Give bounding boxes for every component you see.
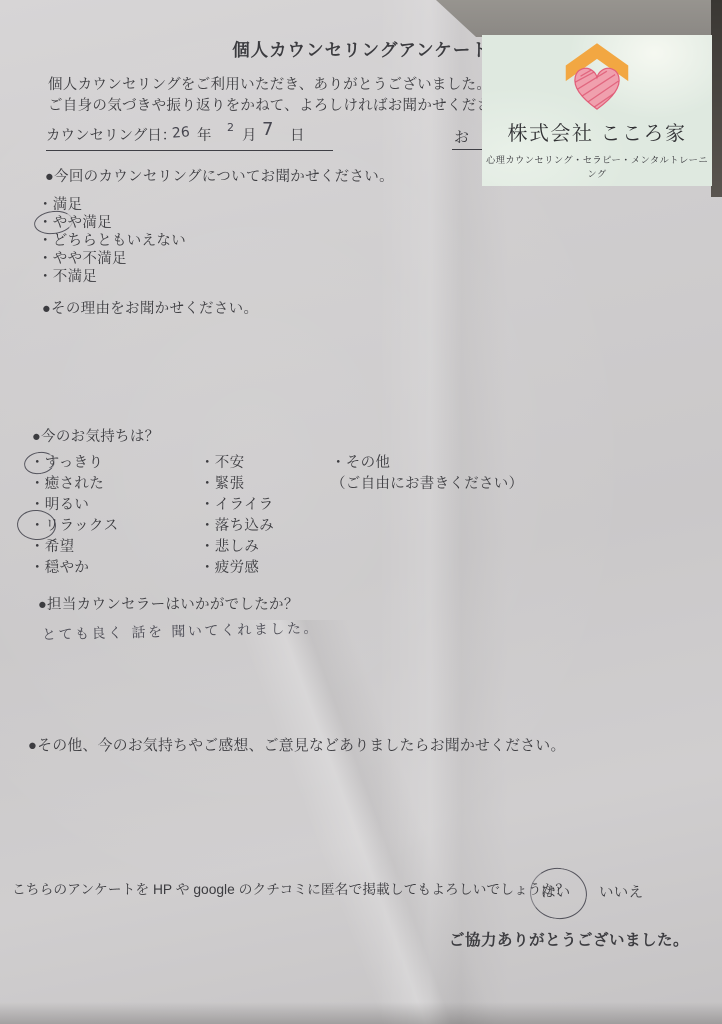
question-satisfaction-label: ●今回のカウンセリングについてお聞かせください。 xyxy=(45,168,394,186)
feeling-kanashimi: ・悲しみ xyxy=(200,538,259,556)
year-unit: 年 xyxy=(197,124,212,145)
feeling-sonota-note: （ご自由にお書きください） xyxy=(331,475,523,493)
date-label: カウンセリング日： xyxy=(46,124,176,145)
feeling-sonota: ・その他 xyxy=(331,454,390,472)
counseling-date-line: カウンセリング日： 26 年 2 月 7 日 xyxy=(46,120,333,151)
feeling-odayaka: ・穏やか xyxy=(30,559,89,577)
feeling-iyasareta: ・癒された xyxy=(30,475,104,493)
desk-edge xyxy=(711,0,722,197)
house-heart-icon xyxy=(482,40,712,119)
name-field-partial: お xyxy=(452,126,483,150)
question-counselor-label: ●担当カウンセラーはいかがでしたか？ xyxy=(38,596,299,614)
handwritten-month: 2 xyxy=(227,121,234,134)
feeling-iraira: ・イライラ xyxy=(200,496,274,514)
feeling-kibou: ・希望 xyxy=(30,538,74,556)
feeling-hiroukan: ・疲労感 xyxy=(200,559,259,577)
company-name: 株式会社 こころ家 xyxy=(482,117,712,146)
consent-question: こちらのアンケートを HP や google のクチコミに匿名で掲載してもよろし… xyxy=(12,881,569,898)
heart-shape xyxy=(575,68,619,109)
feeling-fuan: ・不安 xyxy=(200,454,244,472)
month-unit: 月 xyxy=(242,124,257,145)
question-other-label: ●その他、今のお気持ちやご感想、ご意見などありましたらお聞かせください。 xyxy=(28,737,566,755)
question-reason-label: ●その理由をお聞かせください。 xyxy=(42,300,258,318)
company-tagline: 心理カウンセリング・セラピー・メンタルトレーニング xyxy=(482,152,712,180)
desk-background xyxy=(436,0,722,37)
intro-line-1: 個人カウンセリングをご利用いただき、ありがとうございました。 xyxy=(48,76,491,94)
question-feelings-label: ●今のお気持ちは？ xyxy=(32,428,159,446)
company-logo-card: 株式会社 こころ家 心理カウンセリング・セラピー・メンタルトレーニング xyxy=(482,35,712,186)
closing-thanks: ご協力ありがとうございました。 xyxy=(449,931,689,950)
option-dochiratomo: ・どちらともいえない xyxy=(38,232,186,250)
paper-crease xyxy=(0,620,722,1024)
handwritten-day: 7 xyxy=(262,119,273,140)
option-fumanzoku: ・不満足 xyxy=(38,268,97,286)
paper-edge-shadow xyxy=(0,1002,722,1024)
handwritten-year: 26 xyxy=(171,124,190,141)
feeling-ochikomi: ・落ち込み xyxy=(200,517,274,535)
option-yaya-fumanzoku: ・やや不満足 xyxy=(38,250,127,268)
day-unit: 日 xyxy=(290,124,305,145)
feeling-kinchou: ・緊張 xyxy=(200,475,244,493)
intro-line-2: ご自身の気づきや振り返りをかねて、よろしければお聞かせください。 xyxy=(48,97,521,115)
consent-no: いいえ xyxy=(599,884,643,902)
